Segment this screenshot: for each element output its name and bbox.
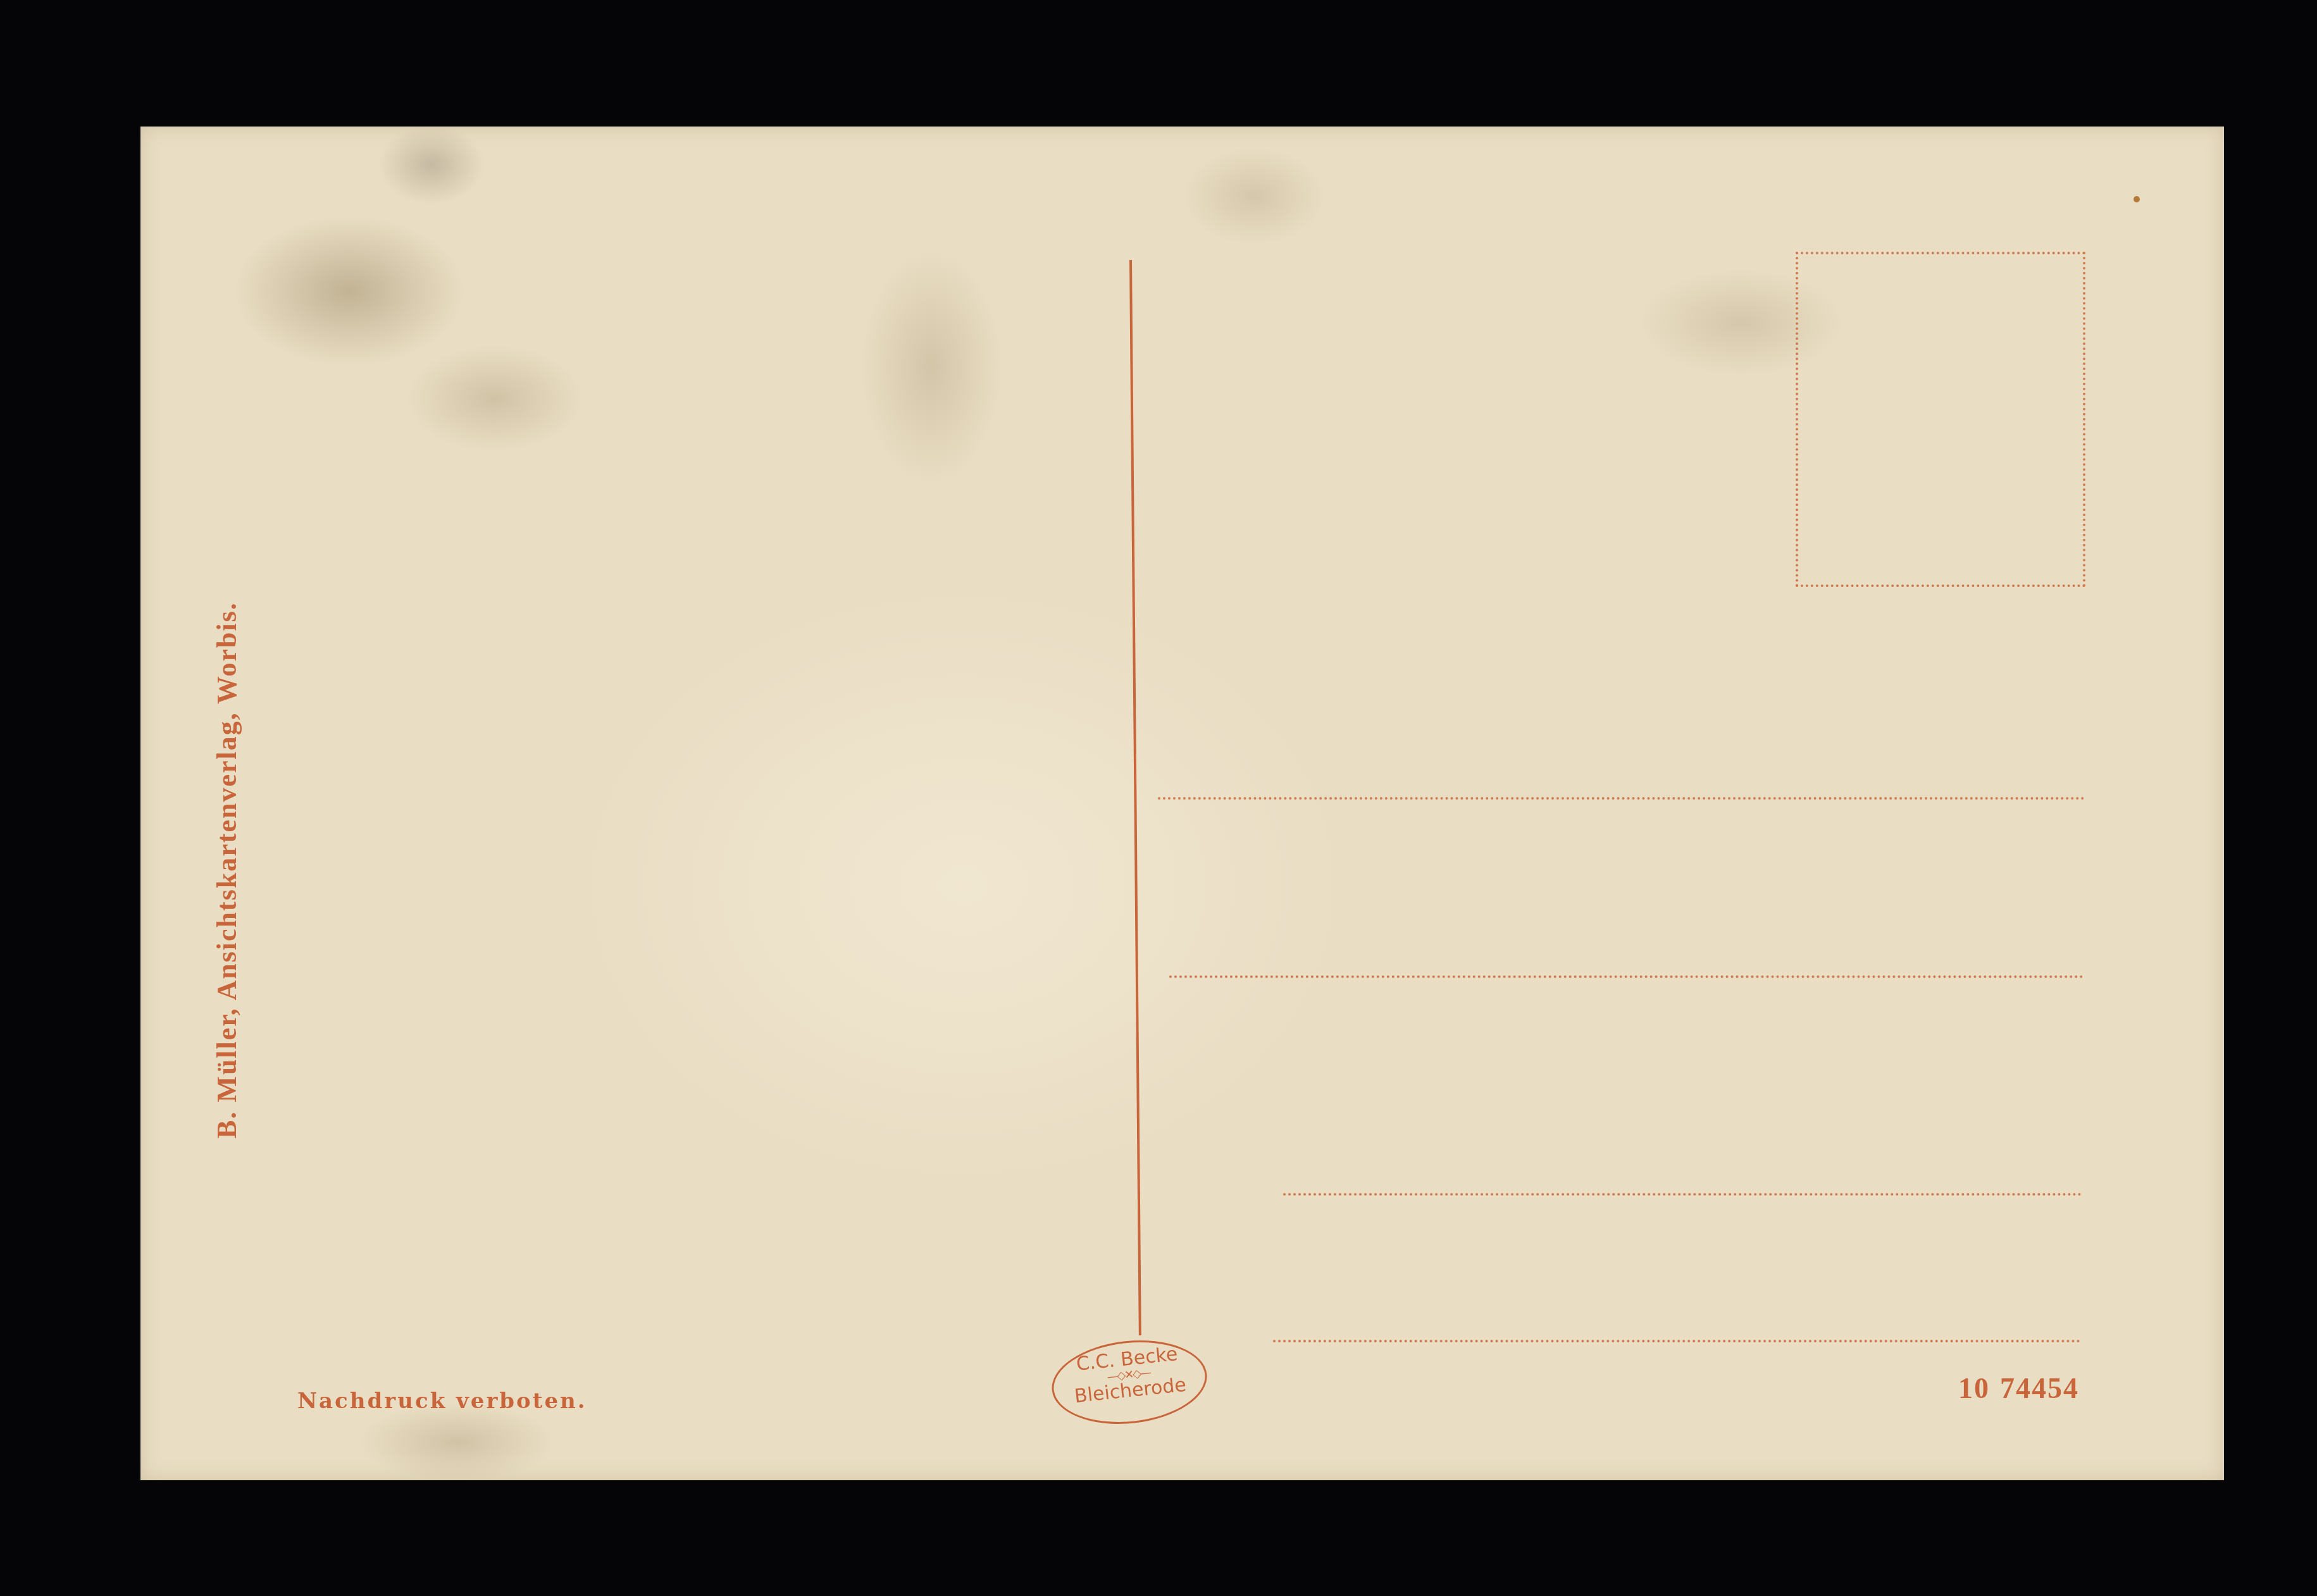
address-line-3 xyxy=(1283,1193,2082,1196)
stamp-placement-box xyxy=(1796,252,2085,587)
printer-stamp: C.C. Becke —◇✕◇— Bleicherode xyxy=(1048,1333,1211,1431)
address-line-1 xyxy=(1158,797,2085,800)
rust-spot xyxy=(2134,196,2140,202)
address-line-2 xyxy=(1169,975,2084,978)
card-number-prefix: 10 xyxy=(1958,1372,1990,1404)
message-address-divider xyxy=(1129,260,1141,1335)
postcard-back: B. Müller, Ansichtskartenverlag, Worbis.… xyxy=(140,127,2224,1480)
card-number: 1074454 xyxy=(1958,1371,2079,1405)
reprint-notice: Nachdruck verboten. xyxy=(297,1389,587,1414)
card-number-value: 74454 xyxy=(2000,1372,2079,1404)
publisher-imprint: B. Müller, Ansichtskartenverlag, Worbis. xyxy=(211,538,243,1139)
address-line-4 xyxy=(1273,1340,2080,1342)
